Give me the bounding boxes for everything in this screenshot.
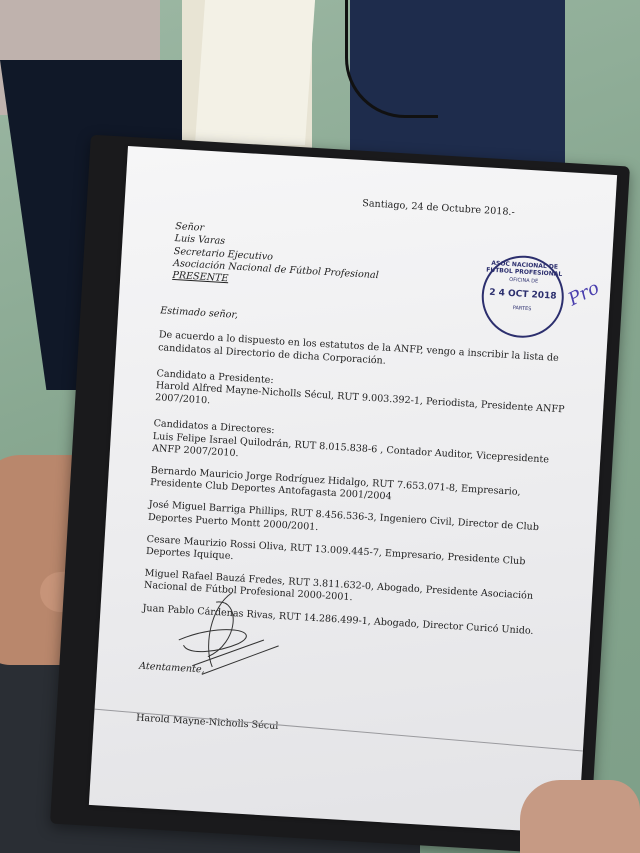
white-box-side [195, 0, 315, 145]
signature-icon [167, 584, 292, 681]
right-thumb [520, 780, 640, 853]
photo-scene: Santiago, 24 de Octubre 2018.- Señor Lui… [0, 0, 640, 853]
stamp-parts: PARTES [483, 303, 561, 314]
letter-paper: Santiago, 24 de Octubre 2018.- Señor Lui… [89, 146, 617, 834]
place-date: Santiago, 24 de Octubre 2018.- [167, 186, 515, 219]
stamp-date: 2 4 OCT 2018 [484, 287, 562, 302]
